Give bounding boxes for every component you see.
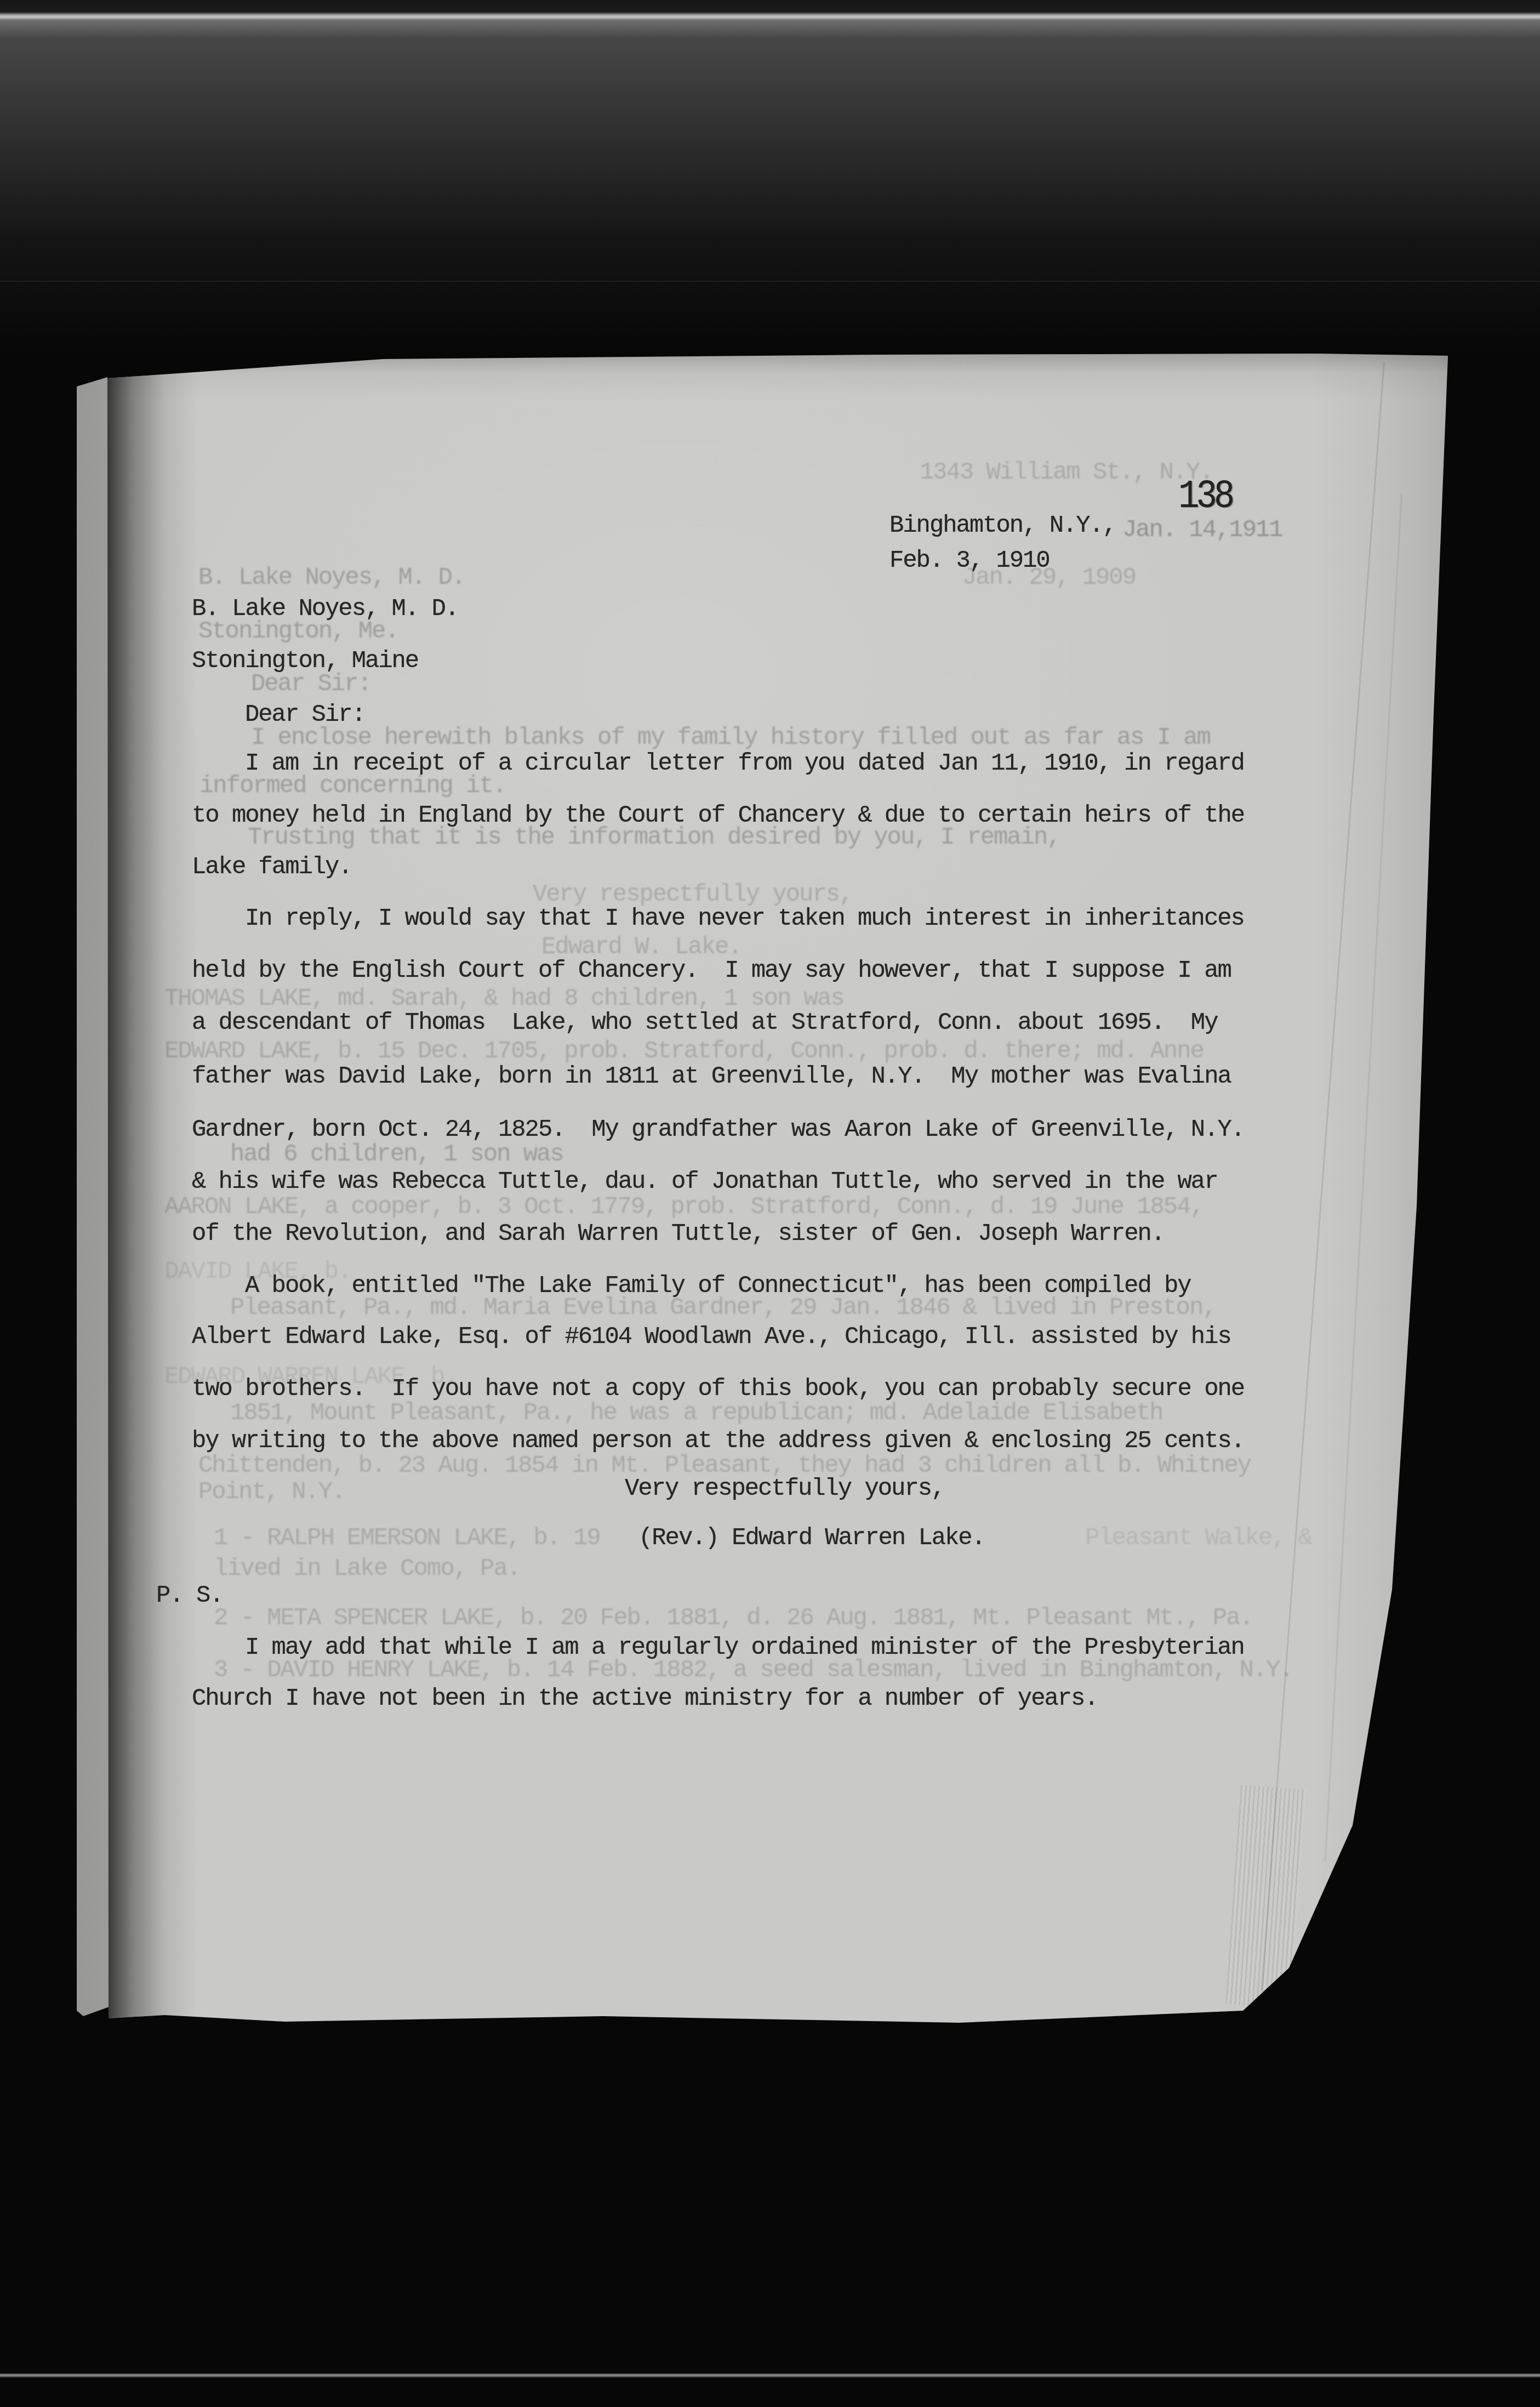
ghost-line: Pleasant Walke, & [1085,1524,1311,1552]
letter-line: Albert Edward Lake, Esq. of #6104 Woodla… [192,1323,1231,1351]
microfilm-scan: 1343 William St., N.Y. Jan. 14,1911 Jan.… [0,0,1540,2407]
letter-line: Gardner, born Oct. 24, 1825. My grandfat… [192,1116,1244,1144]
letter-line: of the Revolution, and Sarah Warren Tutt… [192,1220,1164,1248]
letter-line: father was David Lake, born in 1811 at G… [192,1062,1231,1091]
ghost-line: I enclose herewith blanks of my family h… [251,724,1210,752]
letter-line: & his wife was Rebecca Tuttle, dau. of J… [192,1168,1217,1196]
ghost-line: Point, N.Y. [198,1478,345,1506]
letter-line: Lake family. [192,853,352,881]
ps-line: I may add that while I am a regularly or… [245,1634,1244,1662]
ghost-line: Jan. 14,1911 [1122,516,1282,544]
letter-line: two brothers. If you have not a copy of … [192,1375,1244,1403]
film-top-edge [0,0,1540,351]
letter-line: held by the English Court of Chancery. I… [192,957,1231,985]
ghost-line: 2 - META SPENCER LAKE, b. 20 Feb. 1881, … [214,1604,1253,1632]
letter-line: a descendant of Thomas Lake, who settled… [192,1009,1217,1037]
ghost-line: 1343 William St., N.Y. [920,458,1213,487]
letter-page: 1343 William St., N.Y. Jan. 14,1911 Jan.… [0,0,1540,2407]
page-fore-edge-line [1324,493,1402,1862]
dateline-place: Binghamton, N.Y., [889,511,1116,540]
letter-line: I am in receipt of a circular letter fro… [245,749,1244,778]
recipient-name: B. Lake Noyes, M. D. [192,595,458,623]
ps-line: Church I have not been in the active min… [192,1685,1098,1713]
ghost-line: lived in Lake Como, Pa. [214,1555,520,1583]
letter-line: A book, entitled "The Lake Family of Con… [245,1272,1191,1300]
ps-label: P. S. [156,1581,223,1610]
ghost-line: had 6 children, 1 son was [230,1140,563,1169]
ghost-line: B. Lake Noyes, M. D. [198,564,465,592]
signature: (Rev.) Edward Warren Lake. [638,1524,985,1552]
letter-line: to money held in England by the Court of… [192,801,1244,830]
page-fore-edge-line [1261,362,1385,1991]
ghost-line: 1 - RALPH EMERSON LAKE, b. 19 [214,1524,600,1552]
film-bottom-edge [0,2374,1540,2377]
salutation: Dear Sir: [245,701,365,729]
recipient-address: Stonington, Maine [192,647,418,675]
page-number-stamp: 138 [1178,475,1231,520]
ghost-line: AARON LAKE, a cooper, b. 3 Oct. 1779, pr… [164,1193,1204,1221]
letter-line: In reply, I would say that I have never … [245,904,1244,933]
letter-line: by writing to the above named person at … [192,1427,1244,1455]
ghost-line: EDWARD LAKE, b. 15 Dec. 1705, prob. Stra… [164,1037,1204,1066]
dateline-date: Feb. 3, 1910 [889,547,1050,575]
valediction: Very respectfully yours, [625,1475,944,1503]
page-stack-texture [1225,1785,1307,2008]
